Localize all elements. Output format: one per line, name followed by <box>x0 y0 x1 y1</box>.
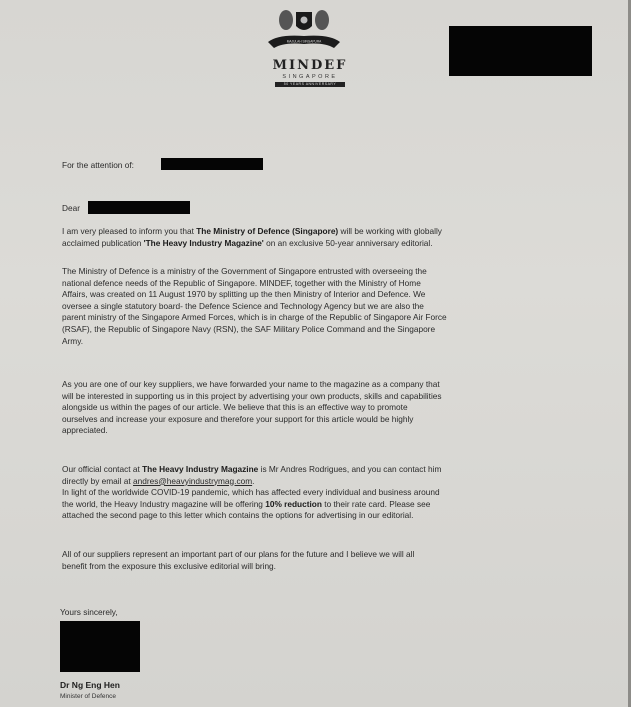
signature-redaction <box>60 621 140 672</box>
anniversary-bar: 50 YEARS ANNIVERSARY <box>275 82 345 87</box>
text-line: Affairs, was created on 11 August 1970 b… <box>62 289 582 301</box>
closing-line: Yours sincerely, <box>60 607 118 617</box>
coat-of-arms-icon: MAJULAH SINGAPURA <box>262 6 346 54</box>
text-line: appreciated. <box>62 425 582 437</box>
text-line: acclaimed publication 'The Heavy Industr… <box>62 238 582 250</box>
paragraph-closing-remarks: All of our suppliers represent an import… <box>62 549 582 572</box>
signatory-title: Minister of Defence <box>60 693 116 700</box>
text-line: Our official contact at The Heavy Indust… <box>62 464 582 476</box>
paragraph-ministry-background: The Ministry of Defence is a ministry of… <box>62 266 582 347</box>
text-line: As you are one of our key suppliers, we … <box>62 379 582 391</box>
text-line: alongside us within the pages of our art… <box>62 402 582 414</box>
header-redaction <box>449 26 592 76</box>
contact-email-link[interactable]: andres@heavyindustrymag.com <box>133 476 252 486</box>
paragraph-announcement: I am very pleased to inform you that The… <box>62 226 582 249</box>
recipient-name-redaction <box>161 158 263 170</box>
text-line: will be interested in supporting us in t… <box>62 391 582 403</box>
paragraph-contact: Our official contact at The Heavy Indust… <box>62 464 582 522</box>
text-line: I am very pleased to inform you that The… <box>62 226 582 238</box>
text-line: ourselves and increase your exposure and… <box>62 414 582 426</box>
text-line: the world, the Heavy Industry magazine w… <box>62 499 582 511</box>
svg-text:MAJULAH SINGAPURA: MAJULAH SINGAPURA <box>287 40 322 44</box>
org-name: MINDEF <box>262 58 358 73</box>
attention-label: For the attention of: <box>62 160 134 172</box>
text-line: directly by email at andres@heavyindustr… <box>62 476 582 488</box>
text-line: national defence needs of the Republic o… <box>62 278 582 290</box>
text-line: parent ministry of the Singapore Armed F… <box>62 312 582 324</box>
text-line: All of our suppliers represent an import… <box>62 549 582 561</box>
letterhead-brand: MINDEF SINGAPORE 50 YEARS ANNIVERSARY <box>262 58 358 87</box>
text-line: Army. <box>62 336 582 348</box>
text-line: oversee a single statutory board- the De… <box>62 301 582 313</box>
text-line: In light of the worldwide COVID-19 pande… <box>62 487 582 499</box>
text-line: attached the second page to this letter … <box>62 510 582 522</box>
salutation-name-redaction <box>88 201 190 214</box>
text-line: (RSAF), the Republic of Singapore Navy (… <box>62 324 582 336</box>
paragraph-supplier-request: As you are one of our key suppliers, we … <box>62 379 582 437</box>
letter-page: MAJULAH SINGAPURA MINDEF SINGAPORE 50 YE… <box>0 0 631 707</box>
org-subtitle: SINGAPORE <box>262 74 358 80</box>
text-line: benefit from the exposure this exclusive… <box>62 561 582 573</box>
signatory-name: Dr Ng Eng Hen <box>60 680 120 690</box>
salutation: Dear <box>62 203 80 215</box>
text-line: The Ministry of Defence is a ministry of… <box>62 266 582 278</box>
